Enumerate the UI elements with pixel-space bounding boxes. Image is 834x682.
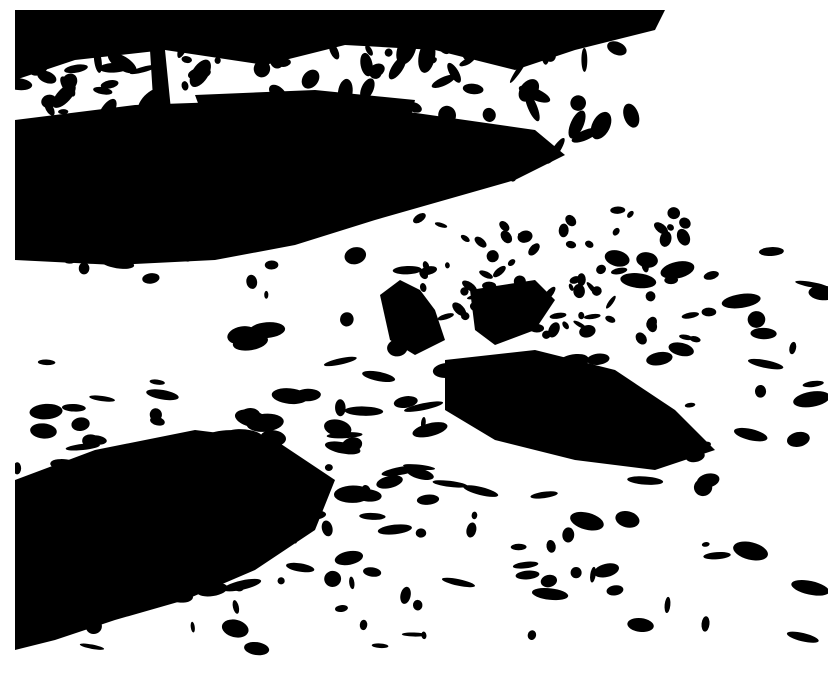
dalmatian-illusion-photo: Hidden Dalmatian illusion (15, 10, 828, 657)
photo-canvas (15, 10, 828, 657)
